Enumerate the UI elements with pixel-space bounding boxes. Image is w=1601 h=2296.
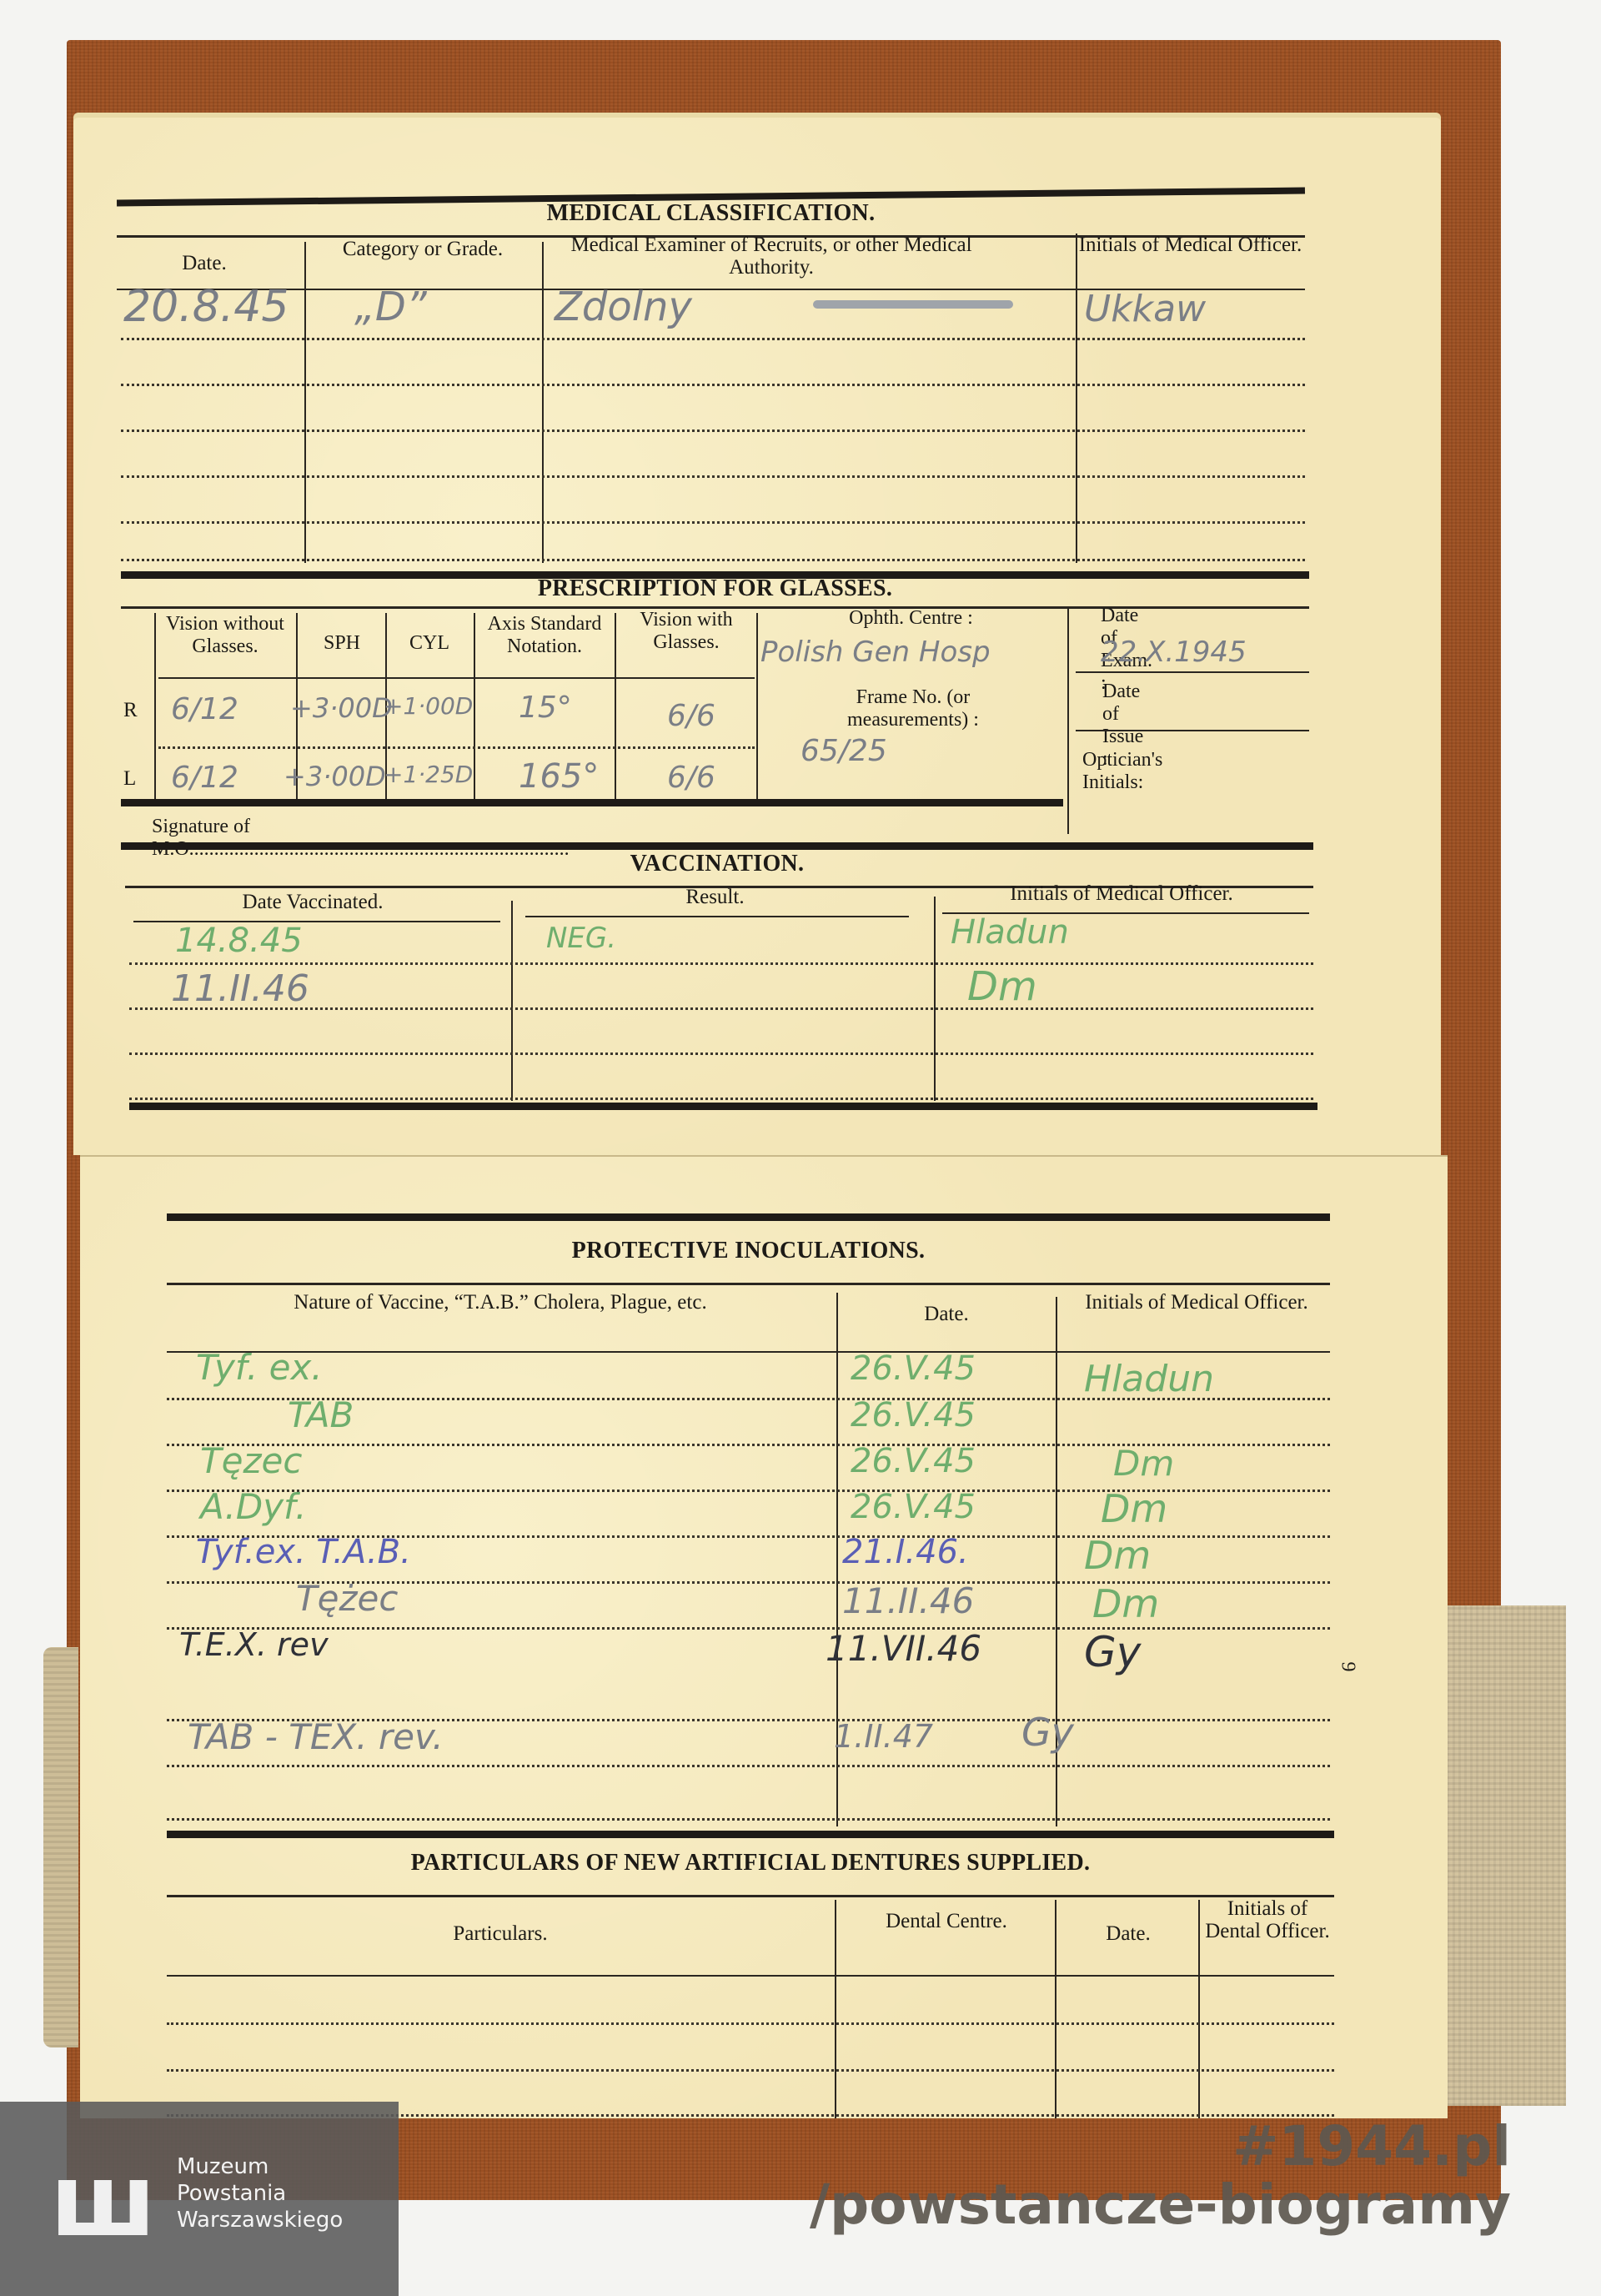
vaccine-name: Tężec (296, 1578, 398, 1619)
vaccination-initials-1: Hladun (951, 913, 1069, 952)
header-initials: Initials of Medical Officer. (1076, 234, 1305, 256)
header-date-vaccinated: Date Vaccinated. (129, 891, 496, 913)
divider (167, 1351, 1330, 1353)
r-cyl: +1·00D (384, 692, 473, 720)
vaccine-date: 21.I.46. (842, 1533, 969, 1571)
dotted-rule (129, 1098, 1313, 1100)
header-cyl: CYL (388, 632, 471, 655)
l-sph: +3·00D (284, 761, 386, 792)
section-title: PRESCRIPTION FOR GLASSES. (121, 575, 1309, 602)
vaccine-date: 26.V.45 (851, 1396, 976, 1434)
dotted-rule (158, 746, 755, 749)
column-divider (1198, 1900, 1200, 2118)
dotted-rule (121, 430, 1305, 432)
museum-anchor-logo-icon: ꟺ (50, 2139, 150, 2264)
divider (525, 916, 909, 917)
section-title: VACCINATION. (121, 851, 1313, 877)
frame-no-value: 65/25 (800, 734, 887, 768)
vaccine-date: 1.II.47 (834, 1718, 933, 1755)
page-number: 9 (1337, 1662, 1359, 1672)
divider (167, 1831, 1334, 1838)
dotted-rule (129, 1007, 1313, 1010)
vaccination-date-2: 11.II.46 (171, 967, 309, 1010)
vaccine-name: T.E.X. rev (179, 1626, 329, 1663)
vaccine-date: 26.V.45 (851, 1442, 976, 1480)
dotted-rule (121, 521, 1305, 524)
header-initials: Initials of Medical Officer. (1059, 1291, 1334, 1314)
column-divider (154, 613, 156, 805)
ophth-centre-value: Polish Gen Hosp (760, 636, 991, 669)
dotted-rule (121, 338, 1305, 340)
header-frame-no: Frame No. (or measurements) : (800, 686, 1026, 731)
divider (167, 1975, 1334, 1977)
divider (121, 842, 1313, 850)
section-title: MEDICAL CLASSIFICATION. (117, 200, 1305, 227)
header-examiner: Medical Examiner of Recruits, or other M… (542, 234, 1001, 279)
vaccine-name: Tyf.ex. T.A.B. (196, 1533, 411, 1571)
header-date: Date. (117, 252, 292, 274)
header-result: Result. (513, 886, 917, 908)
divider (129, 1103, 1317, 1110)
dotted-rule (167, 1818, 1330, 1821)
divider (121, 799, 1063, 806)
header-initials: Initials of Dental Officer. (1201, 1897, 1334, 1942)
column-divider (934, 897, 936, 1101)
vaccine-initials: Dm (1084, 1533, 1151, 1578)
header-axis: Axis Standard Notation. (477, 613, 612, 658)
r-vision-with: 6/6 (667, 699, 715, 733)
dotted-rule (121, 384, 1305, 386)
vaccine-date: 26.V.45 (851, 1349, 976, 1388)
header-vision-with: Vision with Glasses. (619, 609, 754, 654)
vaccine-date: 11.II.46 (842, 1580, 974, 1621)
header-particulars: Particulars. (167, 1922, 834, 1945)
vaccine-name: Tyf. ex. (196, 1347, 323, 1388)
header-nature-of-vaccine: Nature of Vaccine, “T.A.B.” Cholera, Pla… (167, 1291, 834, 1314)
museum-name-line1: Muzeum (177, 2153, 269, 2180)
divider (167, 1213, 1330, 1221)
header-category: Category or Grade. (310, 238, 535, 260)
column-divider (1055, 1900, 1056, 2118)
vaccination-result-1: NEG. (546, 922, 616, 955)
header-dental-centre: Dental Centre. (842, 1910, 1051, 1932)
divider (1076, 730, 1309, 731)
r-axis: 15° (519, 691, 572, 725)
l-vision-without: 6/12 (171, 761, 238, 795)
vaccine-initials: Dm (1101, 1486, 1167, 1531)
row-label-right-eye: R (123, 699, 138, 722)
date-value: 20.8.45 (123, 282, 289, 332)
header-vision-without: Vision without Glasses. (158, 613, 292, 658)
dotted-rule (167, 1627, 1330, 1630)
header-date: Date. (1057, 1922, 1199, 1945)
column-divider (511, 901, 513, 1101)
initials-value: Ukkaw (1084, 288, 1206, 330)
vaccine-initials: Hladun (1084, 1358, 1214, 1400)
l-vision-with: 6/6 (667, 761, 715, 795)
column-divider (615, 613, 616, 805)
divider (167, 1283, 1330, 1285)
site-watermark-line2: /powstancze-biogramy (810, 2173, 1511, 2237)
museum-name-line2: Powstania (177, 2180, 286, 2207)
dotted-rule (167, 2022, 1334, 2025)
dotted-rule (121, 559, 1305, 561)
vaccine-date: 26.V.45 (851, 1488, 976, 1526)
museum-name-line3: Warszawskiego (177, 2207, 343, 2233)
vaccination-date-1: 14.8.45 (175, 922, 303, 960)
header-ophth-centre: Ophth. Centre : (759, 607, 1063, 630)
vaccination-initials-2: Dm (967, 963, 1037, 1010)
category-value: „D” (354, 284, 427, 330)
l-cyl: +1·25D (384, 761, 473, 788)
vaccine-initials: Gy (1084, 1628, 1141, 1676)
fabric-tab-right (1441, 1605, 1566, 2106)
divider (158, 677, 755, 679)
dotted-rule (121, 475, 1305, 478)
r-vision-without: 6/12 (171, 692, 238, 726)
dotted-rule (167, 2069, 1334, 2072)
label-opticians-initials: Optician's Initials: (1082, 749, 1162, 794)
l-axis: 165° (519, 757, 599, 796)
divider (1076, 671, 1309, 673)
vaccine-name: TAB - TEX. rev. (188, 1716, 444, 1757)
header-date: Date. (838, 1303, 1055, 1325)
r-sph: +3·00D (290, 692, 393, 724)
vaccine-date: 11.VII.46 (826, 1628, 981, 1669)
section-title: PROTECTIVE INOCULATIONS. (167, 1238, 1330, 1264)
pencil-dash-mark (813, 300, 1013, 309)
site-watermark-line1: #1944.pl (1232, 2114, 1511, 2178)
vaccine-name: TAB (288, 1394, 354, 1435)
dotted-rule (129, 962, 1313, 965)
header-sph: SPH (300, 632, 384, 655)
vaccine-name: A.Dyf. (200, 1486, 306, 1527)
vaccine-initials: Dm (1092, 1581, 1159, 1626)
fabric-tab-left (43, 1647, 78, 2047)
dotted-rule (129, 1053, 1313, 1055)
column-divider (1067, 609, 1069, 834)
column-divider (1076, 234, 1077, 563)
column-divider (756, 613, 758, 805)
section-title: PARTICULARS OF NEW ARTIFICIAL DENTURES S… (167, 1850, 1334, 1876)
vaccine-initials: Dm (1113, 1443, 1174, 1484)
row-label-left-eye: L (123, 767, 136, 791)
examiner-value: Zdolny (555, 284, 692, 330)
divider (167, 1895, 1334, 1897)
column-divider (835, 1900, 836, 2118)
dotted-rule (167, 1765, 1330, 1767)
column-divider (474, 613, 475, 805)
date-of-exam-value: 22.X.1945 (1101, 636, 1247, 669)
vaccine-name: Tęzec (200, 1440, 302, 1481)
vaccine-initials: Gy (1021, 1710, 1074, 1755)
header-initials: Initials of Medical Officer. (934, 882, 1309, 905)
